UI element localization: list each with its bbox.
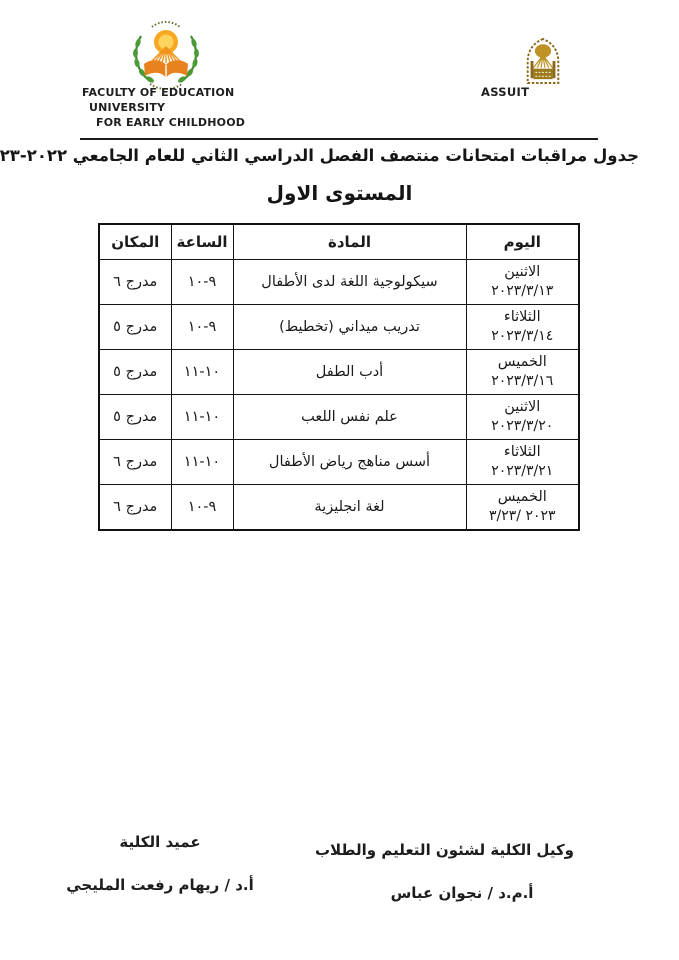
- subject-cell: علم نفس اللعب: [233, 395, 466, 440]
- subject-cell: أسس مناهج رياض الأطفال: [233, 440, 466, 485]
- exam-date: ٢٠٢٣ /٣/٢٣: [469, 507, 577, 526]
- signature-dean: عميد الكلية أ.د / ريهام رفعت المليجي: [52, 833, 268, 894]
- time-cell: ٩-١٠: [171, 305, 233, 350]
- horizontal-divider: [80, 138, 598, 140]
- place-cell: مدرج ٦: [99, 440, 171, 485]
- day-name: الخميس: [498, 354, 547, 370]
- dean-name: أ.د / ريهام رفعت المليجي: [52, 876, 268, 894]
- table-row: الثلاثاء٢٠٢٣/٣/٢١ أسس مناهج رياض الأطفال…: [99, 440, 579, 485]
- faculty-name-line1: FACULTY OF EDUCATION: [82, 85, 245, 100]
- exam-date: ٢٠٢٣/٣/٢٠: [469, 417, 577, 436]
- schedule-title: جدول مراقبات امتحانات منتصف الفصل الدراس…: [30, 146, 639, 165]
- subject-cell: لغة انجليزية: [233, 485, 466, 531]
- level-subtitle: المستوى الاول: [0, 181, 679, 205]
- column-header-subject: المادة: [233, 224, 466, 260]
- day-name: الخميس: [498, 489, 547, 505]
- column-header-place: المكان: [99, 224, 171, 260]
- day-cell: الاثنين٢٠٢٣/٣/٢٠: [466, 395, 579, 440]
- table-row: الاثنين٢٠٢٣/٣/١٣ سيكولوجية اللغة لدى الأ…: [99, 260, 579, 305]
- day-name: الاثنين: [504, 399, 540, 415]
- exam-date: ٢٠٢٣/٣/١٤: [469, 327, 577, 346]
- table-row: الخميس٢٠٢٣/٣/١٦ أدب الطفل ١٠-١١ مدرج ٥: [99, 350, 579, 395]
- day-cell: الثلاثاء٢٠٢٣/٣/١٤: [466, 305, 579, 350]
- table-header-row: اليوم المادة الساعة المكان: [99, 224, 579, 260]
- faculty-name: FACULTY OF EDUCATION UNIVERSITY FOR EARL…: [82, 85, 245, 130]
- subject-cell: أدب الطفل: [233, 350, 466, 395]
- signature-vice-dean: وكيل الكلية لشئون التعليم والطلاب أ.م.د …: [350, 841, 574, 902]
- table-row: الثلاثاء٢٠٢٣/٣/١٤ تدريب ميداني (تخطيط) ٩…: [99, 305, 579, 350]
- assuit-label: ASSUIT: [481, 85, 529, 99]
- assuit-university-logo-icon: [521, 36, 565, 86]
- time-cell: ١٠-١١: [171, 440, 233, 485]
- document-page: FACULTY OF EDUCATION UNIVERSITY FOR EARL…: [0, 0, 679, 960]
- exam-schedule-table: اليوم المادة الساعة المكان الاثنين٢٠٢٣/٣…: [98, 223, 580, 531]
- day-cell: الخميس٢٠٢٣/٣/١٦: [466, 350, 579, 395]
- place-cell: مدرج ٥: [99, 350, 171, 395]
- time-cell: ١٠-١١: [171, 395, 233, 440]
- column-header-day: اليوم: [466, 224, 579, 260]
- vice-dean-title: وكيل الكلية لشئون التعليم والطلاب: [350, 841, 574, 859]
- time-cell: ٩-١٠: [171, 485, 233, 531]
- place-cell: مدرج ٦: [99, 485, 171, 531]
- faculty-of-education-logo-icon: [126, 16, 206, 92]
- table-row: الخميس٢٠٢٣ /٣/٢٣ لغة انجليزية ٩-١٠ مدرج …: [99, 485, 579, 531]
- place-cell: مدرج ٥: [99, 395, 171, 440]
- day-cell: الاثنين٢٠٢٣/٣/١٣: [466, 260, 579, 305]
- subject-cell: سيكولوجية اللغة لدى الأطفال: [233, 260, 466, 305]
- time-cell: ١٠-١١: [171, 350, 233, 395]
- place-cell: مدرج ٦: [99, 260, 171, 305]
- subject-cell: تدريب ميداني (تخطيط): [233, 305, 466, 350]
- place-cell: مدرج ٥: [99, 305, 171, 350]
- time-cell: ٩-١٠: [171, 260, 233, 305]
- day-name: الثلاثاء: [504, 309, 541, 325]
- exam-date: ٢٠٢٣/٣/١٦: [469, 372, 577, 391]
- day-cell: الخميس٢٠٢٣ /٣/٢٣: [466, 485, 579, 531]
- exam-date: ٢٠٢٣/٣/١٣: [469, 282, 577, 301]
- exam-date: ٢٠٢٣/٣/٢١: [469, 462, 577, 481]
- dean-title: عميد الكلية: [52, 833, 268, 851]
- faculty-name-line3: FOR EARLY CHILDHOOD: [82, 115, 245, 130]
- faculty-name-line2: UNIVERSITY: [82, 100, 245, 115]
- day-name: الثلاثاء: [504, 444, 541, 460]
- day-cell: الثلاثاء٢٠٢٣/٣/٢١: [466, 440, 579, 485]
- vice-dean-name: أ.م.د / نجوان عباس: [350, 884, 574, 902]
- table-row: الاثنين٢٠٢٣/٣/٢٠ علم نفس اللعب ١٠-١١ مدر…: [99, 395, 579, 440]
- day-name: الاثنين: [504, 264, 540, 280]
- column-header-time: الساعة: [171, 224, 233, 260]
